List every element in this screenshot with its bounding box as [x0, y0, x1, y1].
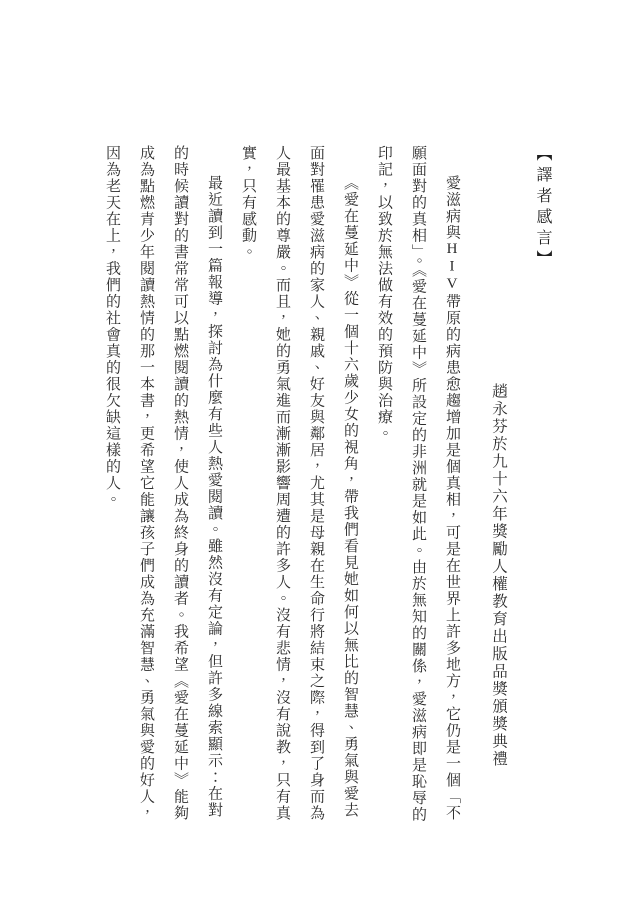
paragraph: 愛滋病與HIV帶原的病患愈趨增加是個真相，可是在世界上許多地方，它仍是一個「不願… [367, 145, 469, 827]
page-content: 【譯者感言】 趙永芬於九十六年獎勵人權教育出版品獎頒獎典禮 愛滋病與HIV帶原的… [95, 145, 559, 827]
byline-occasion: 於九十六年獎勵人權教育出版品獎頒獎典禮 [490, 436, 507, 769]
page-title: 【譯者感言】 [525, 145, 559, 827]
byline: 趙永芬於九十六年獎勵人權教育出版品獎頒獎典禮 [481, 145, 515, 827]
paragraph: 《愛在蔓延中》從一個十六歲少女的視角，帶我們看見她如何以無比的智慧、勇氣與愛去面… [231, 145, 367, 827]
book-page: 【譯者感言】 趙永芬於九十六年獎勵人權教育出版品獎頒獎典禮 愛滋病與HIV帶原的… [0, 0, 637, 900]
paragraph: 最近讀到一篇報導，探討為什麼有些人熱愛閱讀。雖然沒有定論，但許多線索顯示：在對的… [95, 145, 231, 827]
translator-name: 趙永芬 [490, 383, 507, 436]
body-text: 愛滋病與HIV帶原的病患愈趨增加是個真相，可是在世界上許多地方，它仍是一個「不願… [95, 145, 469, 827]
